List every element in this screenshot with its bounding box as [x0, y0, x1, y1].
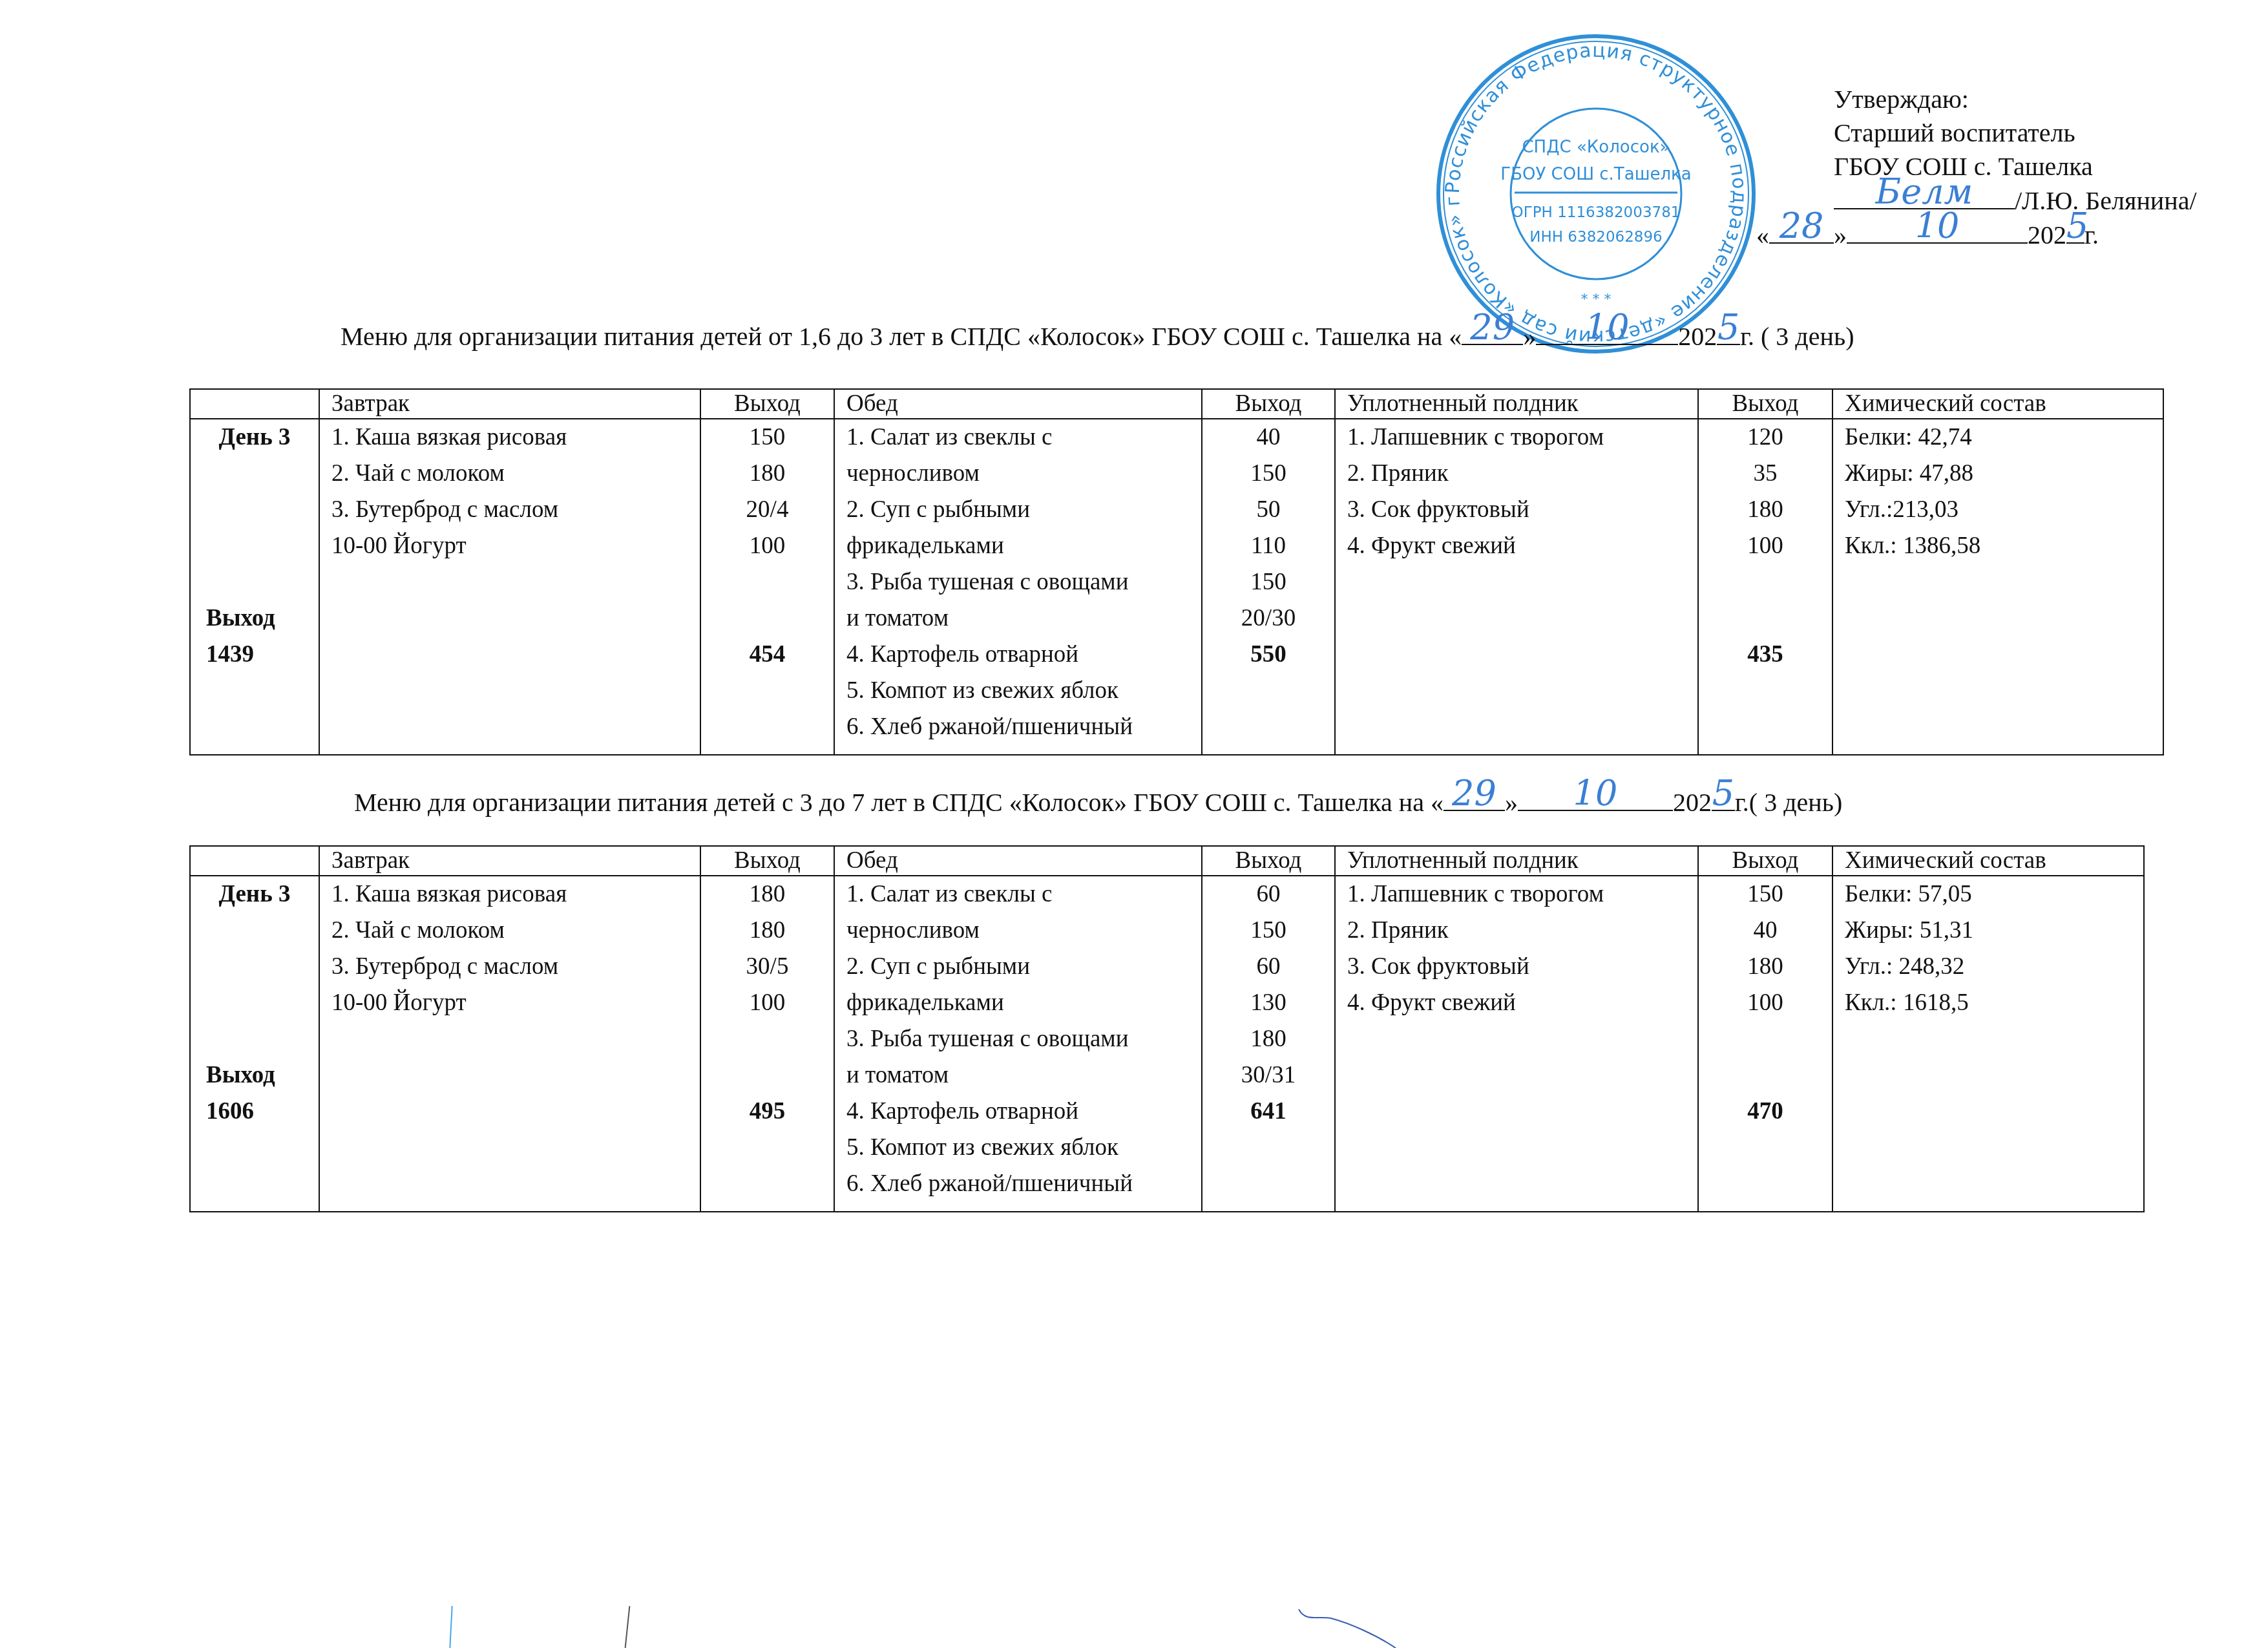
lunch-total: 641	[1208, 1093, 1329, 1130]
snack-cell: 1. Лапшевник с творогом 2. Пряник 3. Сок…	[1335, 419, 1698, 755]
svg-text:ОГРН 1116382003781: ОГРН 1116382003781	[1512, 204, 1681, 221]
date-day-field: 28	[1769, 218, 1834, 244]
approval-date: «28»102025г.	[1756, 218, 2197, 252]
menu-title-1: Меню для организации питания детей от 1,…	[341, 321, 1854, 352]
approver-position: Старший воспитатель	[1834, 116, 2197, 150]
header-lunch-yield: Выход	[1202, 389, 1335, 419]
table-header-row: Завтрак Выход Обед Выход Уплотненный пол…	[190, 846, 2144, 876]
table-row: День 3 Выход 1439 1. Каша вязкая рисовая…	[190, 419, 2163, 755]
header-breakfast: Завтрак	[319, 846, 700, 876]
scan-artifact	[449, 1606, 452, 1648]
lunch-yield-cell: 40 150 50 110 150 20/30 550	[1202, 419, 1335, 755]
scan-artifact	[625, 1606, 631, 1648]
header-lunch: Обед	[834, 389, 1202, 419]
snack-yield-cell: 150 40 180 100 470	[1698, 876, 1832, 1212]
lunch-total: 550	[1208, 637, 1329, 673]
svg-text:ИНН 6382062896: ИНН 6382062896	[1529, 229, 1662, 246]
approval-heading: Утверждаю:	[1834, 83, 2197, 116]
lunch-yield-cell: 60 150 60 130 180 30/31 641	[1202, 876, 1335, 1212]
menu2-month-field: 10	[1518, 787, 1673, 811]
header-snack: Уплотненный полдник	[1335, 846, 1698, 876]
menu-table-1: Завтрак Выход Обед Выход Уплотненный пол…	[189, 388, 2164, 755]
menu1-month-field: 10	[1536, 321, 1678, 345]
approver-name: /Л.Ю. Белянина/	[2015, 186, 2197, 215]
menu-table-2: Завтрак Выход Обед Выход Уплотненный пол…	[189, 845, 2145, 1212]
date-year-field: 5	[2066, 218, 2084, 244]
header-snack: Уплотненный полдник	[1335, 389, 1698, 419]
date-month-field: 10	[1847, 218, 2028, 244]
breakfast-cell: 1. Каша вязкая рисовая 2. Чай с молоком …	[319, 419, 700, 755]
header-day	[190, 846, 319, 876]
menu1-year-field: 5	[1717, 321, 1740, 345]
menu2-year-field: 5	[1712, 787, 1735, 811]
header-breakfast-yield: Выход	[700, 846, 834, 876]
lunch-cell: 1. Салат из свеклы с черносливом 2. Суп …	[834, 876, 1202, 1212]
table-header-row: Завтрак Выход Обед Выход Уплотненный пол…	[190, 389, 2163, 419]
header-snack-yield: Выход	[1698, 389, 1832, 419]
breakfast-yield-cell: 150 180 20/4 100 454	[700, 419, 834, 755]
lunch-cell: 1. Салат из свеклы с черносливом 2. Суп …	[834, 419, 1202, 755]
breakfast-yield-cell: 180 180 30/5 100 495	[700, 876, 834, 1212]
header-snack-yield: Выход	[1698, 846, 1832, 876]
header-lunch: Обед	[834, 846, 1202, 876]
snack-total: 435	[1704, 637, 1827, 673]
breakfast-total: 454	[706, 637, 828, 673]
chemical-composition-cell: Белки: 57,05 Жиры: 51,31 Угл.: 248,32 Кк…	[1832, 876, 2144, 1212]
approval-block: Утверждаю: Старший воспитатель ГБОУ СОШ …	[1834, 83, 2197, 252]
snack-cell: 1. Лапшевник с творогом 2. Пряник 3. Сок…	[1335, 876, 1698, 1212]
menu1-day-field: 29	[1462, 321, 1523, 345]
svg-text:ГБОУ СОШ с.Ташелка: ГБОУ СОШ с.Ташелка	[1500, 165, 1691, 184]
menu-title-2: Меню для организации питания детей с 3 д…	[354, 787, 1842, 818]
snack-yield-cell: 120 35 180 100 435	[1698, 419, 1832, 755]
menu2-day-field: 29	[1444, 787, 1505, 811]
breakfast-cell: 1. Каша вязкая рисовая 2. Чай с молоком …	[319, 876, 700, 1212]
day-cell: День 3 Выход 1606	[190, 876, 319, 1212]
svg-text:СПДС «Колосок»: СПДС «Колосок»	[1522, 138, 1670, 157]
handwritten-signature: Белм	[1834, 174, 2015, 209]
day-cell: День 3 Выход 1439	[190, 419, 319, 755]
header-day	[190, 389, 319, 419]
chemical-composition-cell: Белки: 42,74 Жиры: 47,88 Угл.:213,03 Ккл…	[1832, 419, 2163, 755]
snack-total: 470	[1704, 1093, 1827, 1130]
scan-artifact	[1292, 1609, 1422, 1648]
header-chemical-composition: Химический состав	[1832, 389, 2163, 419]
breakfast-total: 495	[706, 1093, 828, 1130]
header-breakfast-yield: Выход	[700, 389, 834, 419]
header-lunch-yield: Выход	[1202, 846, 1335, 876]
header-breakfast: Завтрак	[319, 389, 700, 419]
header-chemical-composition: Химический состав	[1832, 846, 2144, 876]
svg-text:* * *: * * *	[1581, 291, 1612, 308]
table-row: День 3 Выход 1606 1. Каша вязкая рисовая…	[190, 876, 2144, 1212]
